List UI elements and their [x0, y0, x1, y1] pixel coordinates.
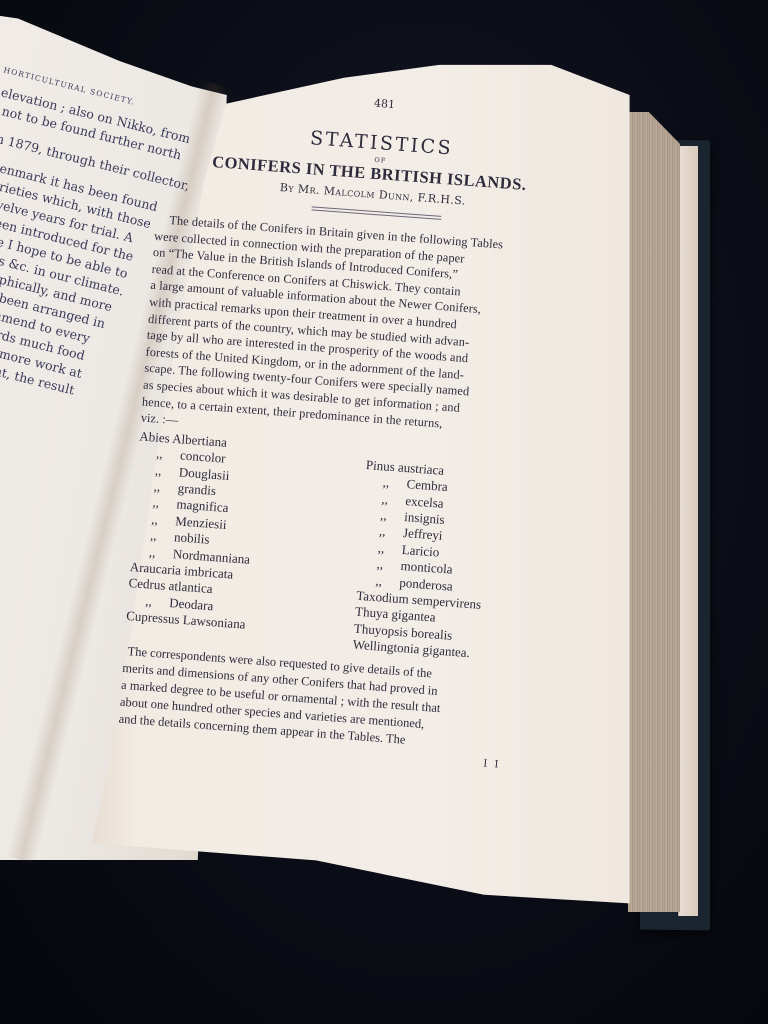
- right-page-content: 481 STATISTICS of CONIFERS IN THE BRITIS…: [117, 81, 564, 771]
- ditto-mark: ,,: [381, 491, 406, 509]
- species-name: nobilis: [174, 529, 210, 547]
- species-list: Abies Albertiana,,concolor,,Douglasii,,g…: [125, 428, 539, 666]
- species-name: excelsa: [405, 493, 444, 511]
- ditto-mark: ,,: [145, 593, 170, 611]
- species-name: concolor: [180, 448, 226, 466]
- species-name: Menziesii: [175, 513, 227, 532]
- species-name: Deodara: [169, 595, 214, 613]
- ditto-mark: ,,: [154, 462, 179, 480]
- species-name: Douglasii: [178, 464, 230, 483]
- species-name: grandis: [177, 480, 216, 498]
- ditto-mark: ,,: [148, 544, 173, 562]
- ditto-mark: ,,: [375, 573, 400, 591]
- ditto-mark: ,,: [153, 479, 178, 497]
- ditto-mark: ,,: [380, 507, 405, 525]
- species-name: insignis: [404, 509, 445, 527]
- ditto-mark: ,,: [152, 495, 177, 513]
- species-column-left: Abies Albertiana,,concolor,,Douglasii,,g…: [125, 428, 332, 650]
- page-stack-edge: [628, 112, 680, 912]
- ditto-mark: ,,: [151, 511, 176, 529]
- species-name: Laricio: [401, 542, 440, 560]
- ditto-mark: ,,: [150, 528, 175, 546]
- species-column-right: Pinus austriaca,,Cembra,,excelsa,,insign…: [332, 443, 539, 665]
- ditto-mark: ,,: [377, 540, 402, 558]
- endpaper-edge: [678, 146, 698, 916]
- species-name: magnifica: [176, 497, 229, 516]
- ditto-mark: ,,: [156, 446, 181, 464]
- ditto-mark: ,,: [382, 474, 407, 492]
- double-rule-divider: [311, 206, 441, 220]
- ditto-mark: ,,: [379, 524, 404, 542]
- ditto-mark: ,,: [376, 556, 401, 574]
- species-name: monticola: [400, 558, 453, 577]
- intro-paragraph: The details of the Conifers in Britain g…: [140, 211, 555, 455]
- species-name: Cembra: [406, 476, 448, 494]
- species-name: Jeffreyi: [403, 525, 443, 543]
